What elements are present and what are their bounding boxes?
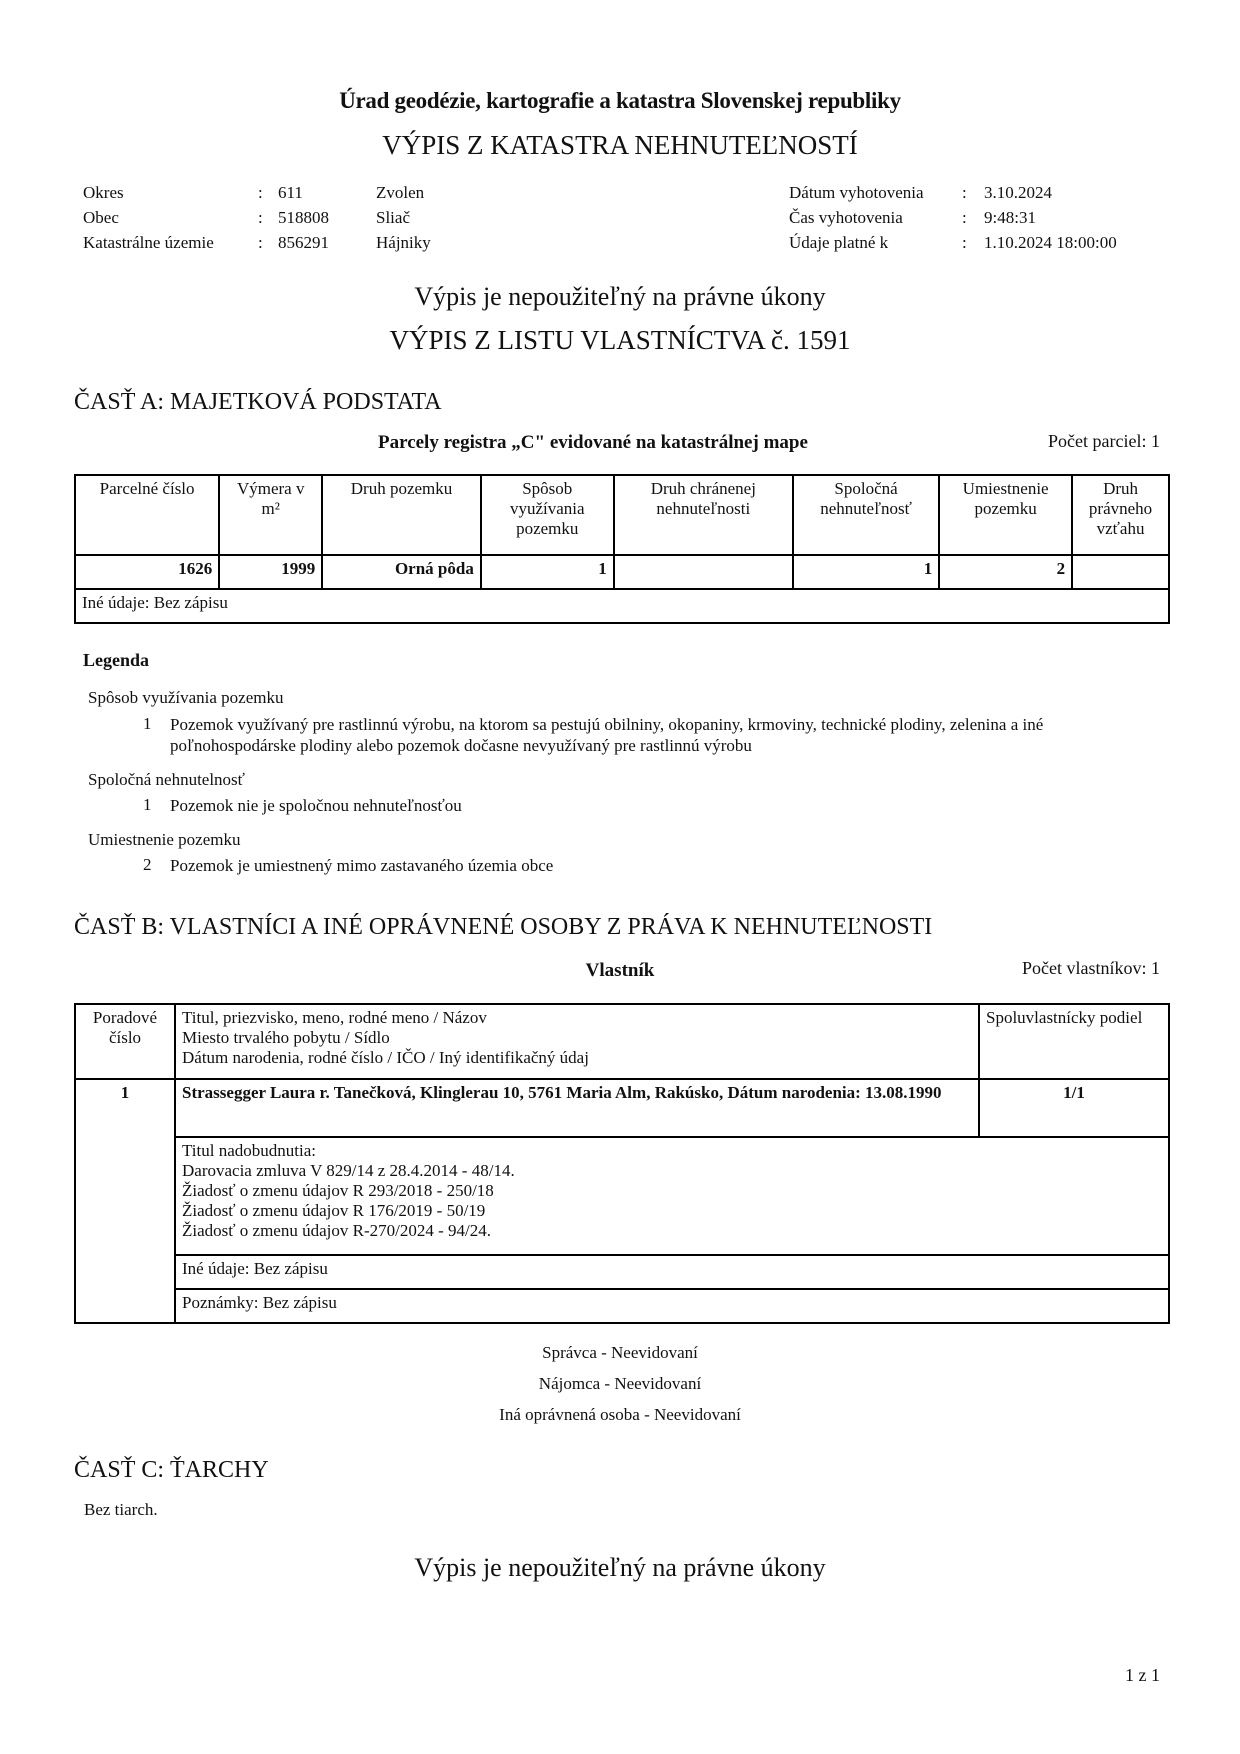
acquisition-line: Žiadosť o zmenu údajov R 176/2019 - 50/1…	[182, 1201, 1162, 1221]
meta-sep: :	[962, 233, 967, 253]
administrator-line: Správca - Neevidovaní	[0, 1343, 1240, 1363]
meta-sep: :	[258, 183, 263, 203]
acquisition-line: Darovacia zmluva V 829/14 z 28.4.2014 - …	[182, 1161, 1162, 1181]
meta-label: Obec	[83, 208, 119, 228]
col-header: Parcelné číslo	[75, 475, 219, 555]
owner-notes: Poznámky: Bez zápisu	[175, 1289, 1169, 1323]
header-line: Titul, priezvisko, meno, rodné meno / Ná…	[182, 1008, 972, 1028]
legal-warning: Výpis je nepoužiteľný na právne úkony	[0, 282, 1240, 312]
other-info: Iné údaje: Bez zápisu	[75, 589, 1169, 623]
cell-protected	[614, 555, 793, 589]
document-title: VÝPIS Z KATASTRA NEHNUTEĽNOSTÍ	[0, 130, 1240, 161]
meta-sep: :	[258, 208, 263, 228]
owner-order: 1	[75, 1079, 175, 1323]
acquisition-line: Titul nadobudnutia:	[182, 1141, 1162, 1161]
meta-sep: :	[258, 233, 263, 253]
lv-title: VÝPIS Z LISTU VLASTNÍCTVA č. 1591	[0, 325, 1240, 356]
cell-legal-relation	[1072, 555, 1169, 589]
cell-usage: 1	[481, 555, 614, 589]
office-name: Úrad geodézie, kartografie a katastra Sl…	[0, 88, 1240, 114]
cell-area: 1999	[219, 555, 322, 589]
owner-other-info: Iné údaje: Bez zápisu	[175, 1255, 1169, 1289]
legend-item-text: Pozemok nie je spoločnou nehnuteľnosťou	[170, 795, 1150, 816]
part-c-text: Bez tiarch.	[84, 1500, 158, 1520]
parcel-count: Počet parciel: 1	[1048, 431, 1160, 452]
meta-value: 3.10.2024	[984, 183, 1052, 203]
legend-title: Legenda	[83, 650, 149, 671]
acquisition-line: Žiadosť o zmenu údajov R-270/2024 - 94/2…	[182, 1221, 1162, 1241]
legend-group-name: Spôsob využívania pozemku	[88, 688, 283, 708]
acquisition-row: Titul nadobudnutia: Darovacia zmluva V 8…	[75, 1137, 1169, 1255]
legend-group-name: Spoločná nehnutelnosť	[88, 770, 245, 790]
cell-land-type: Orná pôda	[322, 555, 481, 589]
meta-code: 518808	[278, 208, 329, 228]
part-b-title: ČASŤ B: VLASTNÍCI A INÉ OPRÁVNENÉ OSOBY …	[74, 914, 932, 941]
col-header-share: Spoluvlastnícky podiel	[979, 1004, 1169, 1079]
col-header: Výmera vm²	[219, 475, 322, 555]
part-c-title: ČASŤ C: ŤARCHY	[74, 1457, 269, 1484]
meta-label: Údaje platné k	[789, 233, 888, 253]
col-header-order: Poradové číslo	[75, 1004, 175, 1079]
legend-item-num: 1	[143, 714, 152, 734]
legend-item-num: 2	[143, 855, 152, 875]
owner-share: 1/1	[979, 1079, 1169, 1137]
col-header-person: Titul, priezvisko, meno, rodné meno / Ná…	[175, 1004, 979, 1079]
legend-group-name: Umiestnenie pozemku	[88, 830, 241, 850]
meta-code: 856291	[278, 233, 329, 253]
meta-name: Sliač	[376, 208, 410, 228]
footer-legal-warning: Výpis je nepoužiteľný na právne úkony	[0, 1553, 1240, 1583]
legend-item-text: Pozemok využívaný pre rastlinnú výrobu, …	[170, 714, 1150, 756]
table-header-row: Parcelné číslo Výmera vm² Druh pozemku S…	[75, 475, 1169, 555]
notes-row: Poznámky: Bez zápisu	[75, 1289, 1169, 1323]
table-row: 1 Strassegger Laura r. Tanečková, Klingl…	[75, 1079, 1169, 1137]
meta-label: Dátum vyhotovenia	[789, 183, 924, 203]
cell-parcel-number: 1626	[75, 555, 219, 589]
cell-common: 1	[793, 555, 939, 589]
meta-sep: :	[962, 183, 967, 203]
part-a-title: ČASŤ A: MAJETKOVÁ PODSTATA	[74, 389, 442, 416]
meta-value: 1.10.2024 18:00:00	[984, 233, 1117, 253]
table-note-row: Iné údaje: Bez zápisu	[75, 589, 1169, 623]
col-header: Druh chránenej nehnuteľnosti	[614, 475, 793, 555]
legend-item-num: 1	[143, 795, 152, 815]
meta-value: 9:48:31	[984, 208, 1036, 228]
col-header: Umiestnenie pozemku	[939, 475, 1072, 555]
tenant-line: Nájomca - Neevidovaní	[0, 1374, 1240, 1394]
table-header-row: Poradové číslo Titul, priezvisko, meno, …	[75, 1004, 1169, 1079]
meta-label: Okres	[83, 183, 124, 203]
table-row: 1626 1999 Orná pôda 1 1 2	[75, 555, 1169, 589]
col-header: Druh pozemku	[322, 475, 481, 555]
part-a-subhead: Parcely registra „C" evidované na katast…	[378, 432, 808, 454]
legend-item-text: Pozemok je umiestnený mimo zastavaného ú…	[170, 855, 1150, 876]
other-row: Iné údaje: Bez zápisu	[75, 1255, 1169, 1289]
owner-count: Počet vlastníkov: 1	[1022, 958, 1160, 979]
parcel-table: Parcelné číslo Výmera vm² Druh pozemku S…	[74, 474, 1170, 624]
meta-sep: :	[962, 208, 967, 228]
page-number: 1 z 1	[1125, 1665, 1160, 1686]
col-header: Spoločná nehnuteľnosť	[793, 475, 939, 555]
col-header: Druh právneho vzťahu	[1072, 475, 1169, 555]
col-header: Spôsob využívania pozemku	[481, 475, 614, 555]
owner-table: Poradové číslo Titul, priezvisko, meno, …	[74, 1003, 1170, 1324]
acquisition-line: Žiadosť o zmenu údajov R 293/2018 - 250/…	[182, 1181, 1162, 1201]
cell-location: 2	[939, 555, 1072, 589]
meta-name: Zvolen	[376, 183, 424, 203]
owner-person: Strassegger Laura r. Tanečková, Klingler…	[175, 1079, 979, 1137]
meta-name: Hájniky	[376, 233, 431, 253]
header-line: Miesto trvalého pobytu / Sídlo	[182, 1028, 972, 1048]
meta-label: Katastrálne územie	[83, 233, 214, 253]
header-line: Dátum narodenia, rodné číslo / IČO / Iný…	[182, 1048, 972, 1068]
meta-label: Čas vyhotovenia	[789, 208, 903, 228]
acquisition-title: Titul nadobudnutia: Darovacia zmluva V 8…	[175, 1137, 1169, 1255]
meta-code: 611	[278, 183, 303, 203]
other-entitled-line: Iná oprávnená osoba - Neevidovaní	[0, 1405, 1240, 1425]
